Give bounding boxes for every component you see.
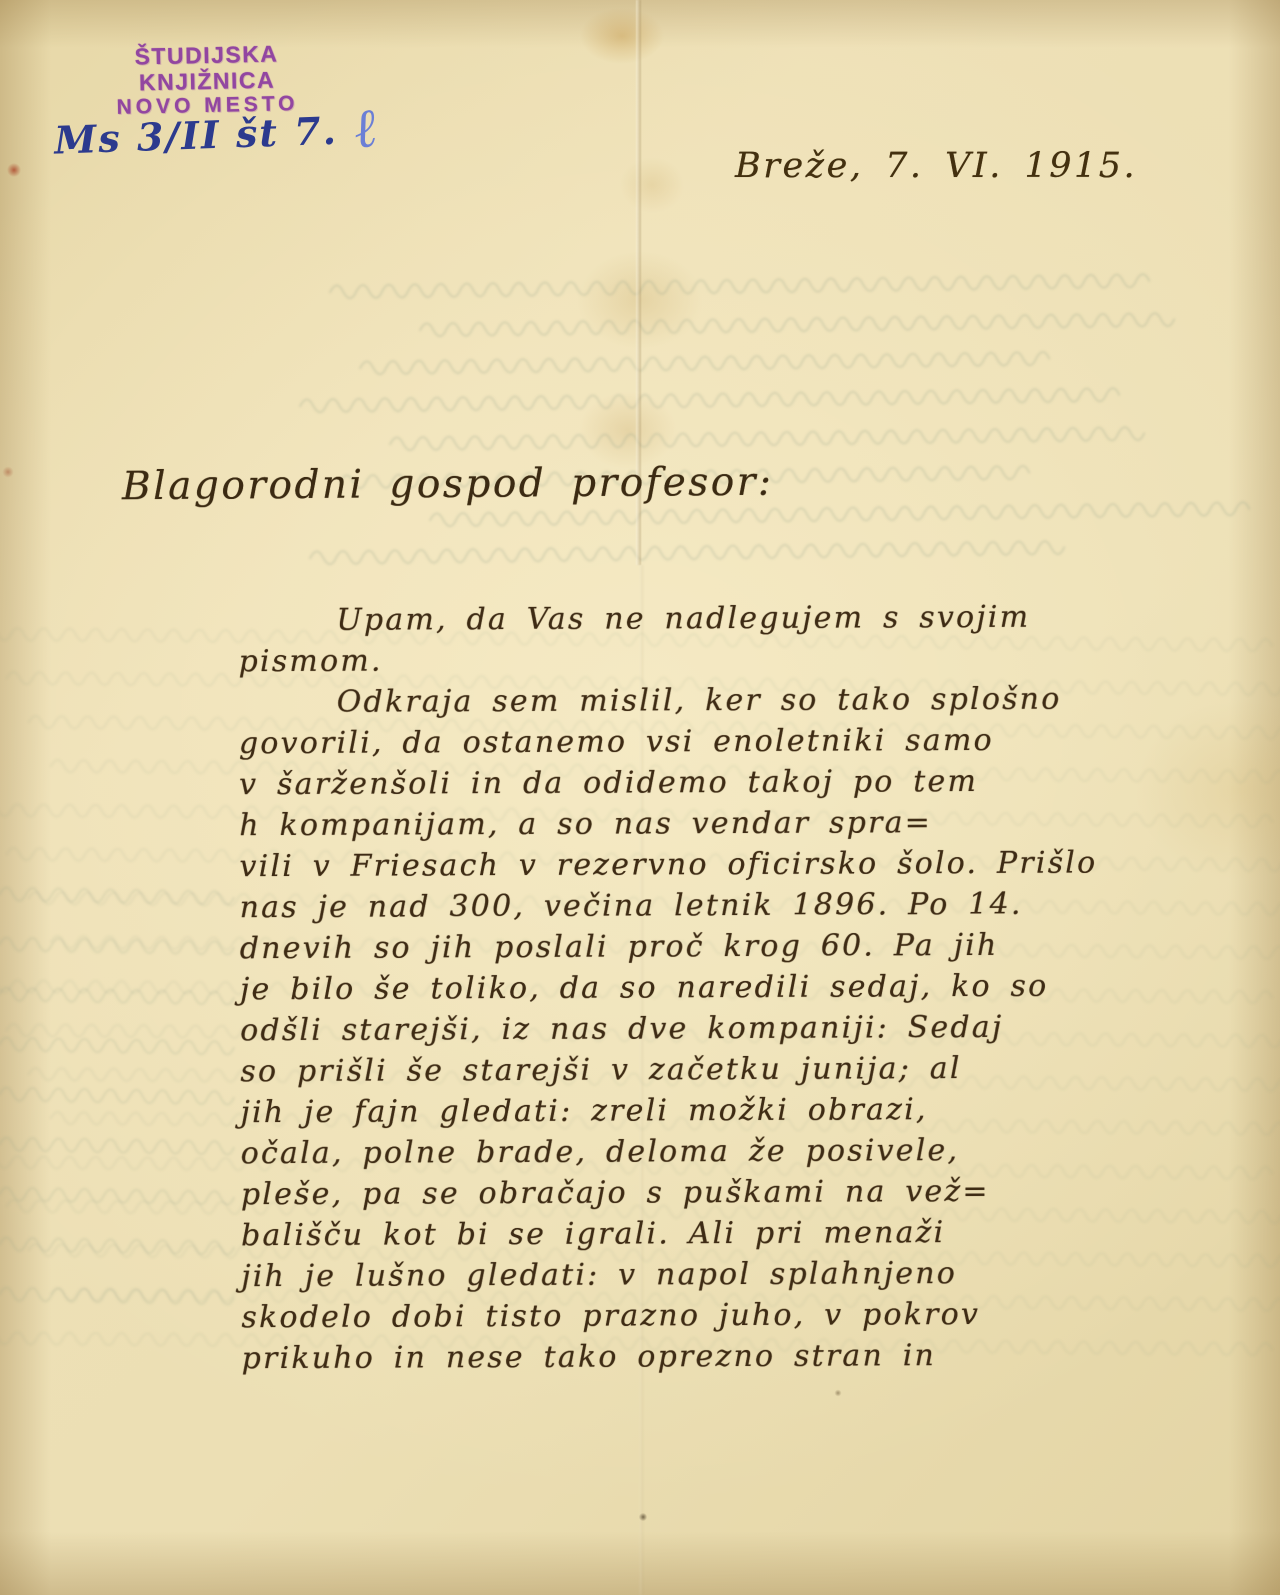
handwriting-line: v šarženšoli in da odidemo takoj po tem bbox=[239, 760, 1244, 805]
shelfmark-text: Ms 3/II št 7. bbox=[53, 108, 338, 163]
dateline: Breže, 7. VI. 1915. bbox=[735, 146, 1137, 186]
shelfmark-flourish: ℓ bbox=[349, 95, 382, 161]
letter-body: Upam, da Vas ne nadlegujem s svojimpismo… bbox=[238, 596, 1246, 1379]
handwriting-line: govorili, da ostanemo vsi enoletniki sam… bbox=[239, 719, 1244, 764]
letter-page: ŠTUDIJSKA KNJIŽNICA NOVO MESTO Ms 3/II š… bbox=[0, 0, 1280, 1595]
handwriting-line: prikuho in nese tako oprezno stran in bbox=[242, 1334, 1247, 1379]
handwriting-line: je bilo še toliko, da so naredili sedaj,… bbox=[240, 965, 1245, 1010]
handwriting-line: skodelo dobi tisto prazno juho, v pokrov bbox=[241, 1293, 1246, 1338]
handwriting-line: nas je nad 300, večina letnik 1896. Po 1… bbox=[240, 883, 1245, 928]
handwriting-line: jih je fajn gledati: zreli možki obrazi, bbox=[240, 1088, 1245, 1133]
handwriting-line: dnevih so jih poslali proč krog 60. Pa j… bbox=[240, 924, 1245, 969]
handwriting-line: Odkraja sem mislil, ker so tako splošno bbox=[239, 678, 1244, 723]
handwriting-line: h kompanijam, a so nas vendar spra= bbox=[239, 801, 1244, 846]
handwriting-line: očala, polne brade, deloma že posivele, bbox=[241, 1129, 1246, 1174]
handwriting-line: vili v Friesach v rezervno oficirsko šol… bbox=[239, 842, 1244, 887]
handwriting-line: Upam, da Vas ne nadlegujem s svojim bbox=[238, 596, 1243, 641]
handwriting-line: pleše, pa se obračajo s puškami na vež= bbox=[241, 1170, 1246, 1215]
handwriting-line: pismom. bbox=[238, 637, 1243, 682]
handwriting-line: bališču kot bi se igrali. Ali pri menaži bbox=[241, 1211, 1246, 1256]
shelfmark-inscription: Ms 3/II št 7. ℓ bbox=[53, 92, 378, 166]
library-stamp-line1: ŠTUDIJSKA KNJIŽNICA bbox=[71, 39, 342, 97]
paragraph: Upam, da Vas ne nadlegujem s svojimpismo… bbox=[238, 596, 1243, 682]
handwriting-line: jih je lušno gledati: v napol splahnjeno bbox=[241, 1252, 1246, 1297]
paragraph: Odkraja sem mislil, ker so tako splošnog… bbox=[239, 678, 1247, 1379]
handwriting-line: so prišli še starejši v začetku junija; … bbox=[240, 1047, 1245, 1092]
salutation: Blagorodni gospod profesor: bbox=[122, 460, 774, 510]
handwriting-line: odšli starejši, iz nas dve kompaniji: Se… bbox=[240, 1006, 1245, 1051]
